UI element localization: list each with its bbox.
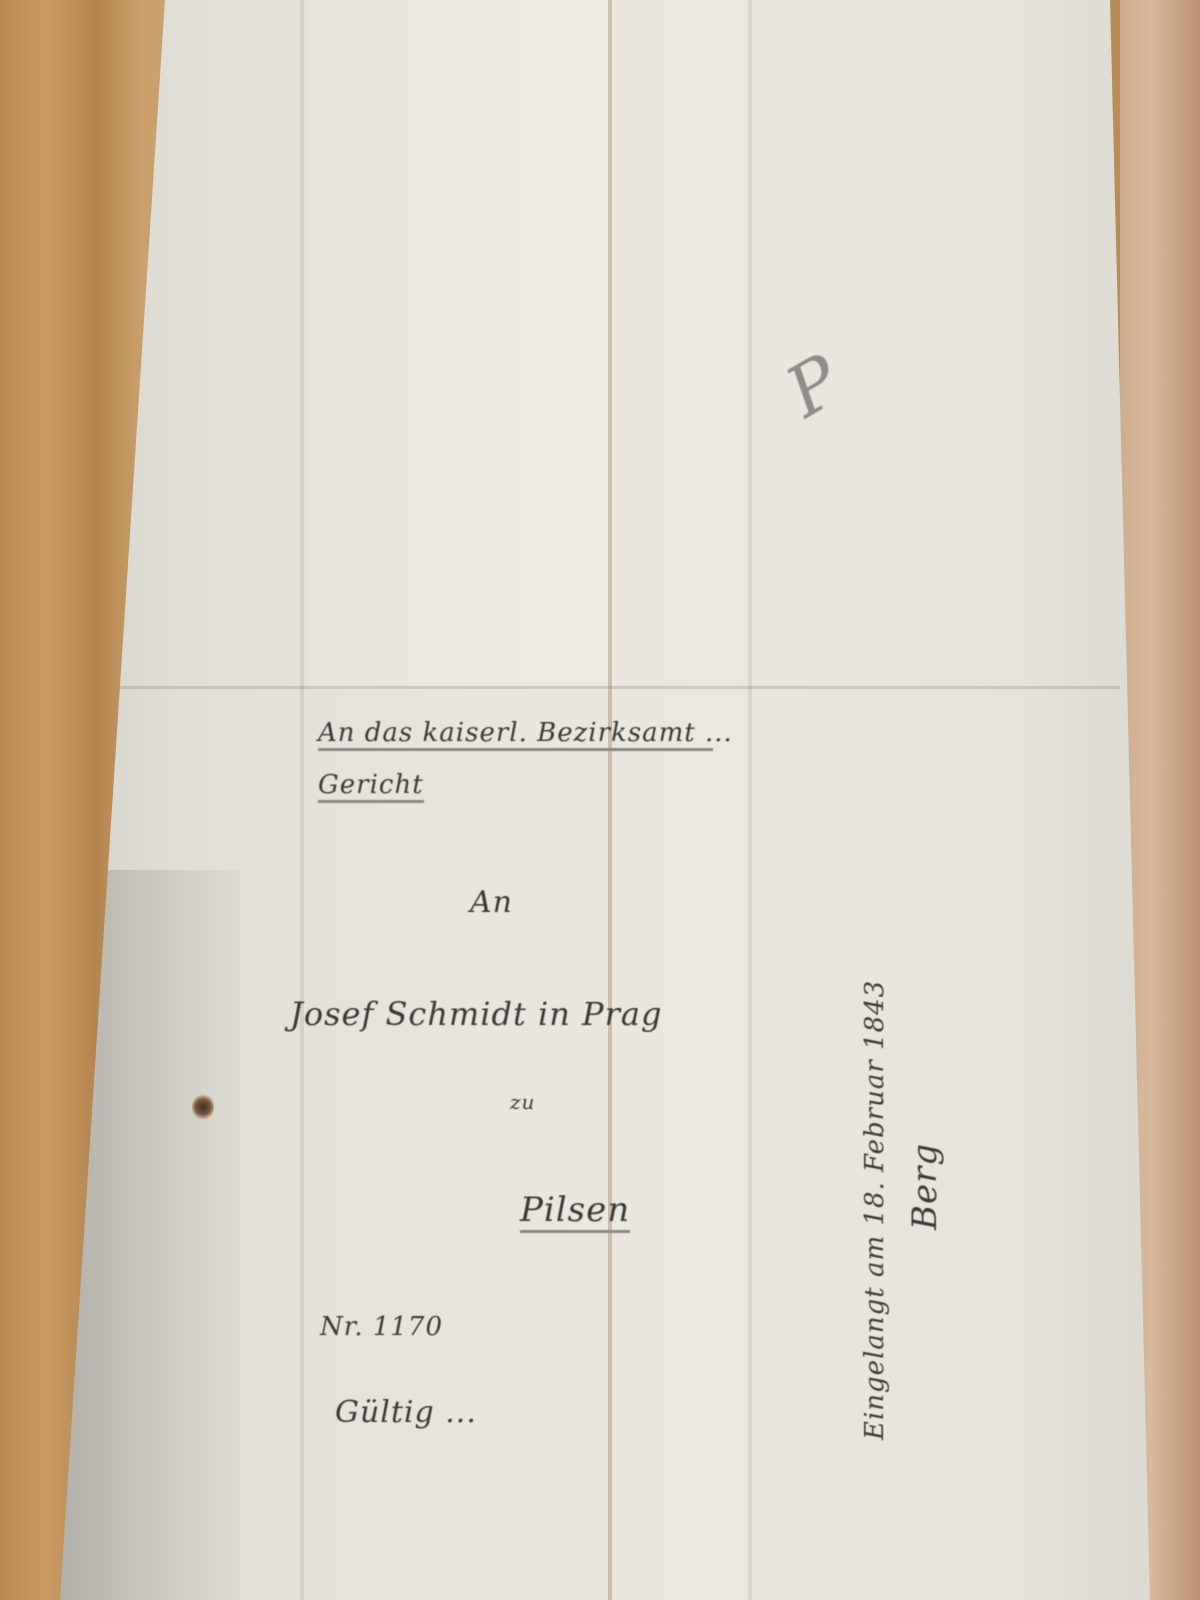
corner-mark: P [773, 338, 856, 433]
fold-panel [310, 0, 610, 690]
vertical-note: Eingelangt am 18. Februar 1843 [860, 980, 890, 1440]
reference-note: Gültig ... [335, 1395, 477, 1430]
signature: Berg [905, 1143, 945, 1230]
reference-number: Nr. 1170 [320, 1312, 443, 1342]
vertical-fold-right [748, 0, 752, 1600]
destination: Pilsen [520, 1190, 630, 1233]
addressee-connector: zu [510, 1090, 535, 1114]
horizontal-fold [110, 686, 1120, 689]
vertical-fold-left [300, 0, 304, 1600]
ink-stain [192, 1094, 214, 1120]
vertical-fold-center [608, 0, 612, 1600]
header-line-1: An das kaiserl. Bezirksamt ... [318, 718, 713, 751]
addressee-line: Josef Schmidt in Prag [290, 995, 662, 1033]
letter-paper: P An das kaiserl. Bezirksamt ... Gericht… [0, 0, 1200, 1600]
header-line-2: Gericht [318, 770, 424, 803]
shadow [60, 870, 240, 1600]
addressee-prefix: An [470, 885, 513, 920]
